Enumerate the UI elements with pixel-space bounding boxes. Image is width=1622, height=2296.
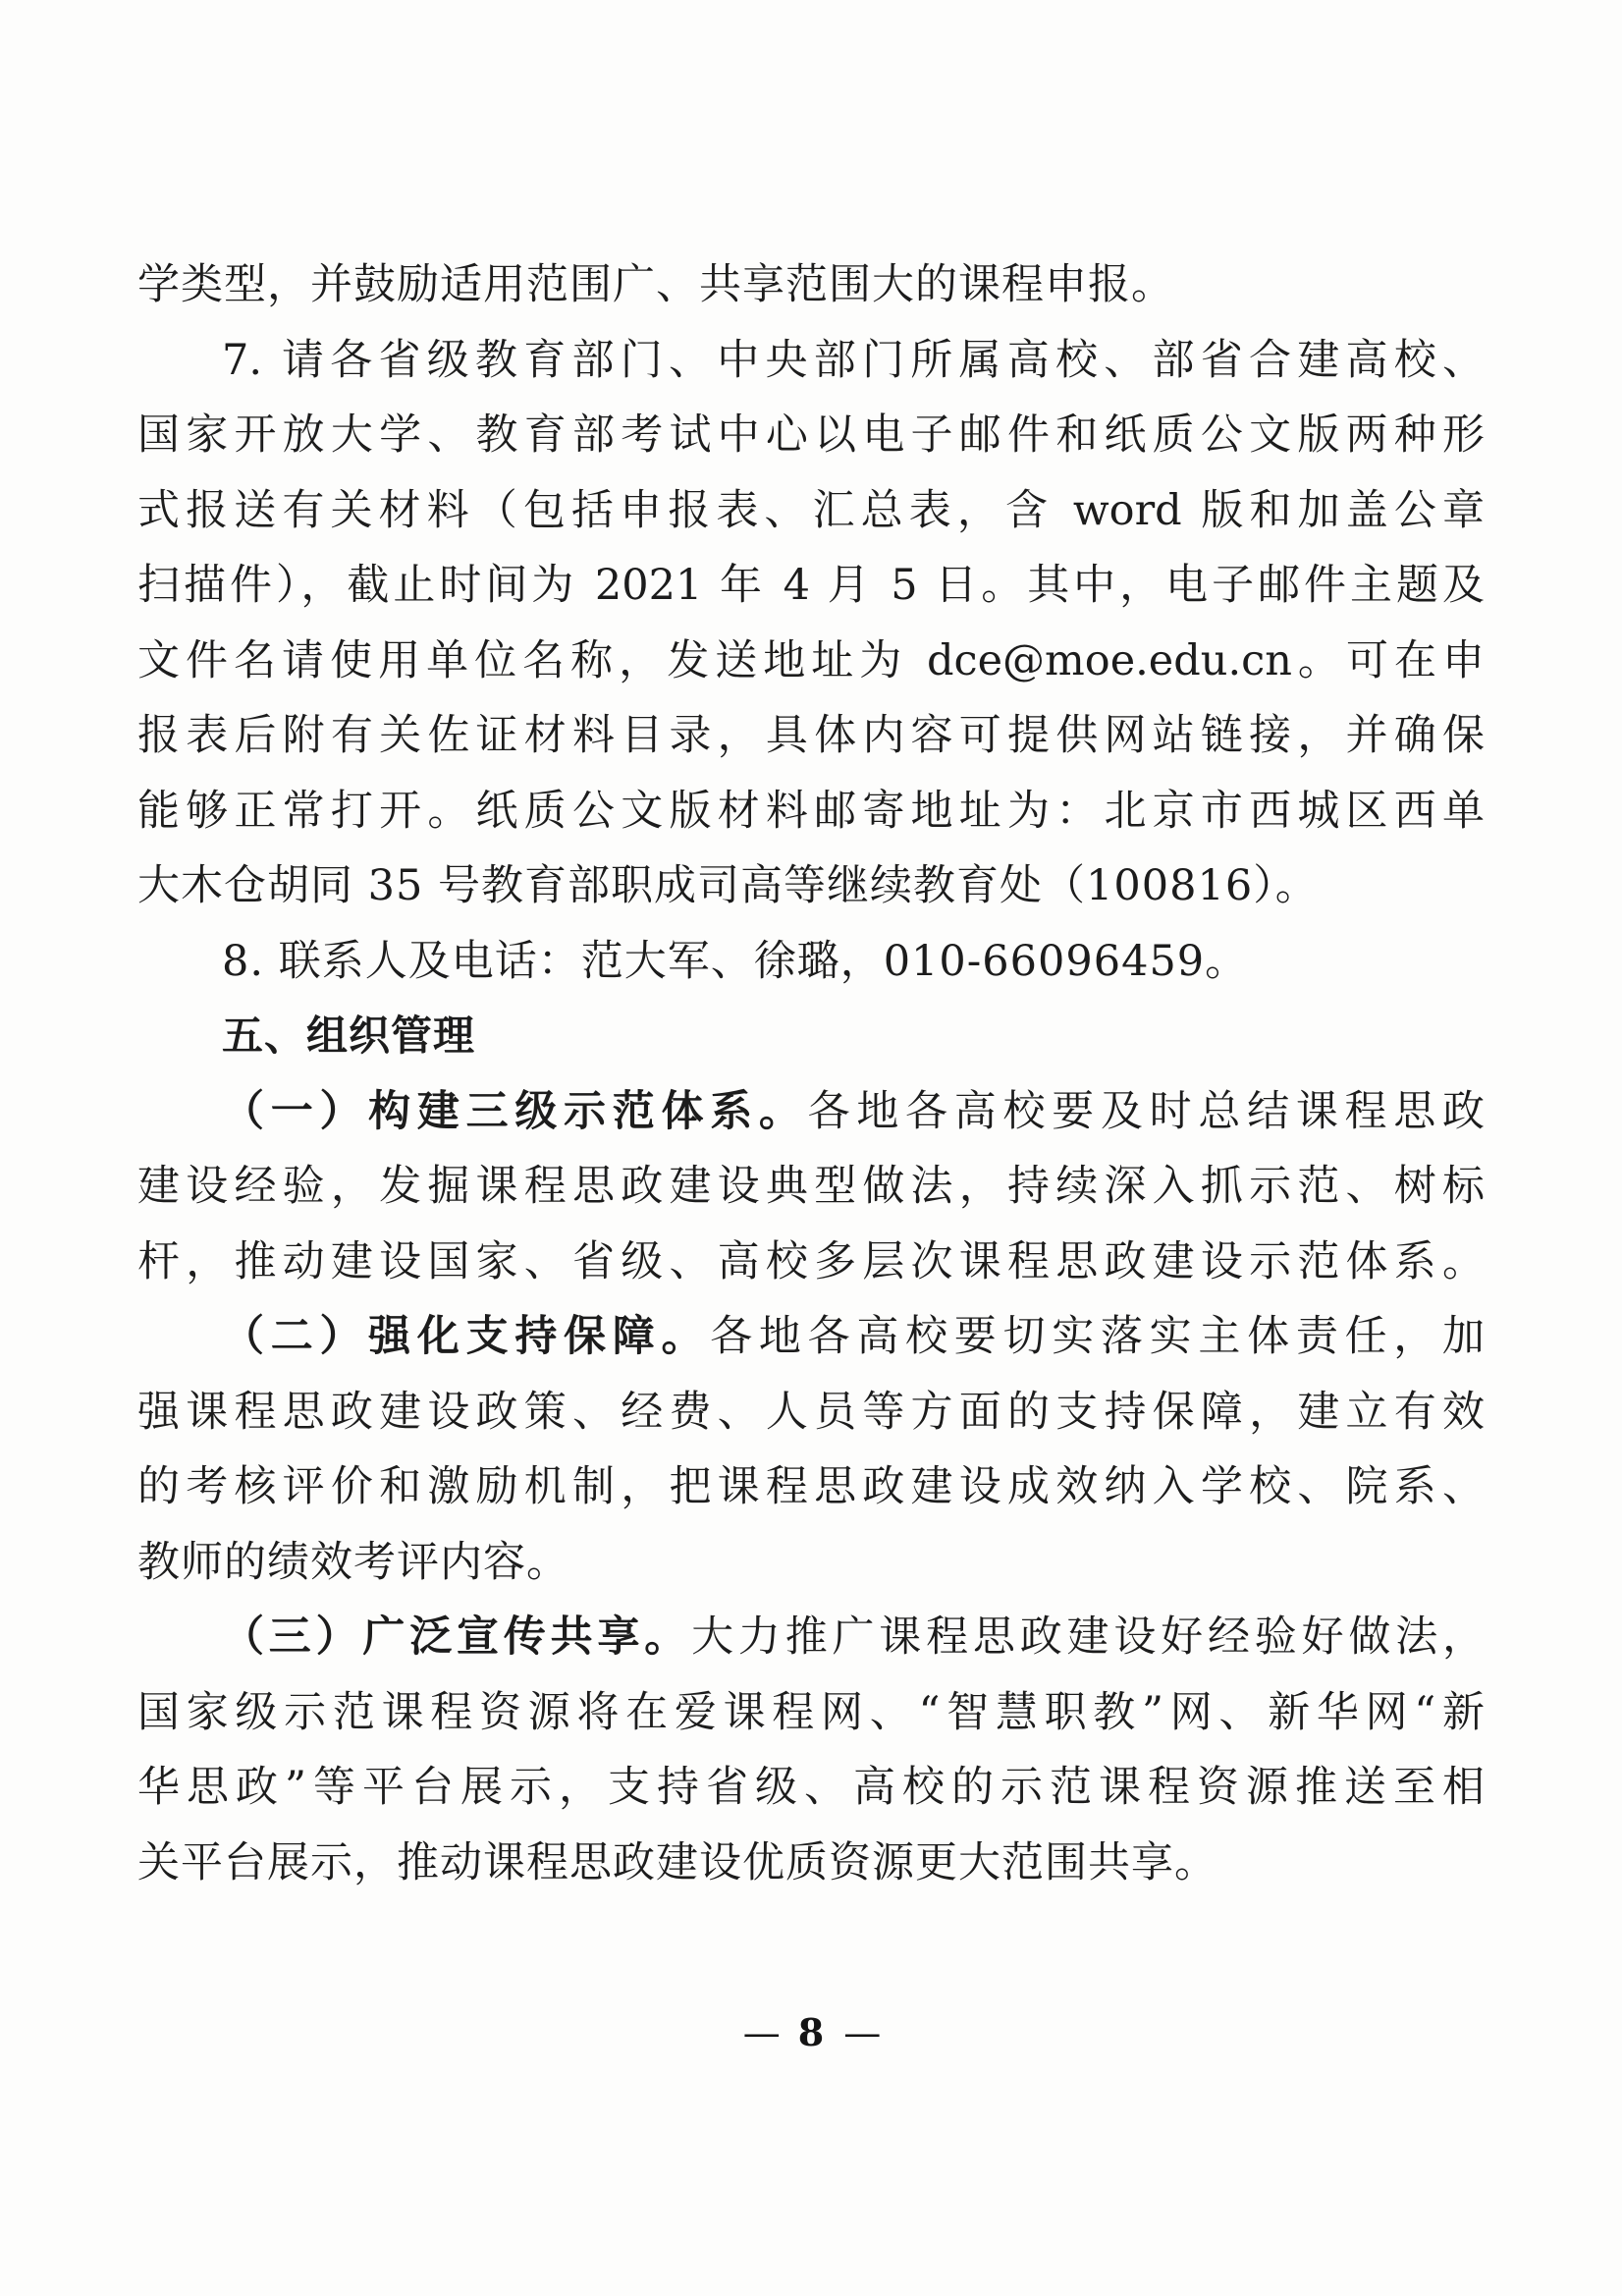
text-segment: 文件名请使用单位名称，发送地址为 dce@moe.edu.cn。可在申 xyxy=(137,636,1485,685)
text-segment: 的考核评价和激励机制，把课程思政建设成效纳入学校、院系、 xyxy=(137,1462,1485,1511)
text-line: 学类型，并鼓励适用范围广、共享范围大的课程申报。 xyxy=(137,247,1485,323)
text-line: （三）广泛宣传共享。大力推广课程思政建设好经验好做法， xyxy=(137,1600,1485,1675)
bold-text-segment: （一）构建三级示范体系。 xyxy=(222,1087,808,1136)
page-number: 8 xyxy=(798,2010,824,2054)
text-segment: 强课程思政建设政策、经费、人员等方面的支持保障，建立有效 xyxy=(137,1388,1485,1437)
text-segment: 报表后附有关佐证材料目录，具体内容可提供网站链接，并确保 xyxy=(137,711,1485,760)
text-segment: 各地各高校要切实落实主体责任，加 xyxy=(710,1312,1485,1361)
text-line: （一）构建三级示范体系。各地各高校要及时总结课程思政 xyxy=(137,1074,1485,1150)
text-line: 文件名请使用单位名称，发送地址为 dce@moe.edu.cn。可在申 xyxy=(137,624,1485,699)
text-segment: 学类型，并鼓励适用范围广、共享范围大的课程申报。 xyxy=(137,260,1174,309)
text-segment: 建设经验，发掘课程思政建设典型做法，持续深入抓示范、树标 xyxy=(137,1162,1485,1211)
text-segment: 7. 请各省级教育部门、中央部门所属高校、部省合建高校、 xyxy=(222,336,1485,385)
text-line: 式报送有关材料（包括申报表、汇总表，含 word 版和加盖公章 xyxy=(137,473,1485,549)
text-segment: 华思政”等平台展示，支持省级、高校的示范课程资源推送至相 xyxy=(137,1763,1485,1812)
text-segment: 教师的绩效考评内容。 xyxy=(137,1538,569,1587)
text-line: 大木仓胡同 35 号教育部职成司高等继续教育处（100816）。 xyxy=(137,848,1485,924)
text-line: 杆，推动建设国家、省级、高校多层次课程思政建设示范体系。 xyxy=(137,1225,1485,1300)
text-segment: 能够正常打开。纸质公文版材料邮寄地址为：北京市西城区西单 xyxy=(137,787,1485,836)
text-segment: 8. 联系人及电话：范大军、徐璐，010-66096459。 xyxy=(222,937,1248,986)
footer-dash-right: — xyxy=(843,2011,879,2054)
text-segment: 国家级示范课程资源将在爱课程网、“智慧职教”网、新华网“新 xyxy=(137,1688,1485,1737)
page-footer: —8— xyxy=(0,2005,1622,2060)
text-segment: 杆，推动建设国家、省级、高校多层次课程思政建设示范体系。 xyxy=(137,1237,1485,1286)
bold-text-segment: 五、组织管理 xyxy=(222,1011,475,1060)
text-segment: 大木仓胡同 35 号教育部职成司高等继续教育处（100816）。 xyxy=(137,861,1319,910)
text-line: 国家开放大学、教育部考试中心以电子邮件和纸质公文版两种形 xyxy=(137,398,1485,473)
text-line: 华思政”等平台展示，支持省级、高校的示范课程资源推送至相 xyxy=(137,1750,1485,1826)
text-line: 教师的绩效考评内容。 xyxy=(137,1525,1485,1601)
text-line: 能够正常打开。纸质公文版材料邮寄地址为：北京市西城区西单 xyxy=(137,774,1485,849)
text-segment: 式报送有关材料（包括申报表、汇总表，含 word 版和加盖公章 xyxy=(137,486,1485,535)
text-line: 关平台展示，推动课程思政建设优质资源更大范围共享。 xyxy=(137,1826,1485,1901)
bold-text-segment: （三）广泛宣传共享。 xyxy=(222,1613,691,1662)
text-line: 建设经验，发掘课程思政建设典型做法，持续深入抓示范、树标 xyxy=(137,1149,1485,1225)
text-segment: 各地各高校要及时总结课程思政 xyxy=(808,1087,1485,1136)
bold-text-segment: （二）强化支持保障。 xyxy=(222,1312,710,1361)
text-line: 国家级示范课程资源将在爱课程网、“智慧职教”网、新华网“新 xyxy=(137,1675,1485,1751)
text-segment: 国家开放大学、教育部考试中心以电子邮件和纸质公文版两种形 xyxy=(137,410,1485,460)
text-segment: 扫描件），截止时间为 2021 年 4 月 5 日。其中，电子邮件主题及 xyxy=(137,561,1485,610)
text-segment: 关平台展示，推动课程思政建设优质资源更大范围共享。 xyxy=(137,1838,1217,1887)
text-line: 的考核评价和激励机制，把课程思政建设成效纳入学校、院系、 xyxy=(137,1449,1485,1525)
text-segment: 大力推广课程思政建设好经验好做法， xyxy=(691,1613,1485,1662)
document-body: 学类型，并鼓励适用范围广、共享范围大的课程申报。7. 请各省级教育部门、中央部门… xyxy=(137,247,1485,1900)
text-line: （二）强化支持保障。各地各高校要切实落实主体责任，加 xyxy=(137,1299,1485,1375)
text-line: 报表后附有关佐证材料目录，具体内容可提供网站链接，并确保 xyxy=(137,698,1485,774)
text-line: 强课程思政建设政策、经费、人员等方面的支持保障，建立有效 xyxy=(137,1375,1485,1450)
section-heading: 五、组织管理 xyxy=(137,999,1485,1074)
text-line: 7. 请各省级教育部门、中央部门所属高校、部省合建高校、 xyxy=(137,323,1485,399)
document-page: 学类型，并鼓励适用范围广、共享范围大的课程申报。7. 请各省级教育部门、中央部门… xyxy=(0,0,1622,2296)
footer-dash-left: — xyxy=(743,2011,779,2054)
text-line: 8. 联系人及电话：范大军、徐璐，010-66096459。 xyxy=(137,924,1485,1000)
text-line: 扫描件），截止时间为 2021 年 4 月 5 日。其中，电子邮件主题及 xyxy=(137,548,1485,624)
